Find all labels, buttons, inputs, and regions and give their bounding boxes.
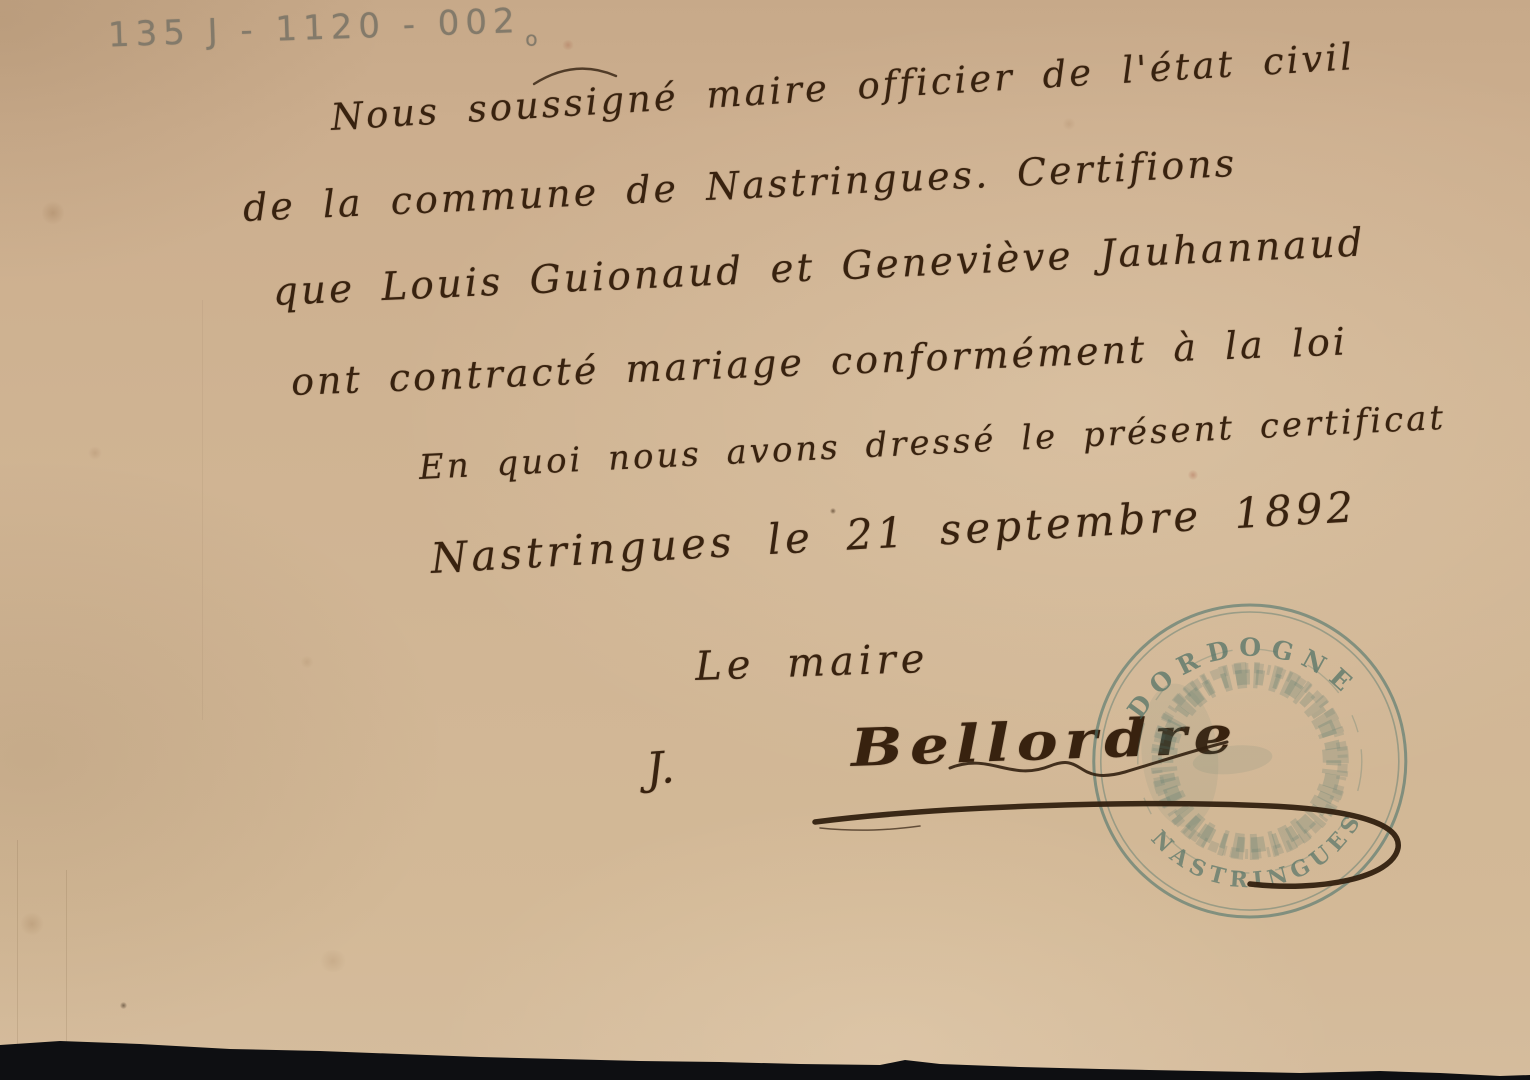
paper-stain (318, 950, 348, 972)
paper-stain (1188, 470, 1198, 480)
paper-stain (88, 446, 102, 460)
mairie-stamp: DORDOGNE NASTRINGUES (1069, 582, 1432, 945)
paper-stain (120, 1002, 127, 1009)
paper-scratch (202, 300, 203, 720)
archive-reference-suffix: o (525, 27, 538, 51)
paper-stain (300, 656, 314, 668)
scanned-document: 135 J - 1120 - 002o Nous soussigné maire… (0, 0, 1530, 1080)
torn-bottom-edge (0, 1035, 1530, 1080)
paper-stain (20, 912, 44, 936)
paper-scratch (17, 840, 18, 1055)
signature-initial: J. (644, 742, 676, 795)
paper-stain (1062, 118, 1076, 130)
paper-scratch (66, 870, 67, 1055)
paper-stain (42, 200, 64, 226)
paper-stain (562, 40, 574, 50)
signer-title: Le maire (694, 636, 930, 690)
